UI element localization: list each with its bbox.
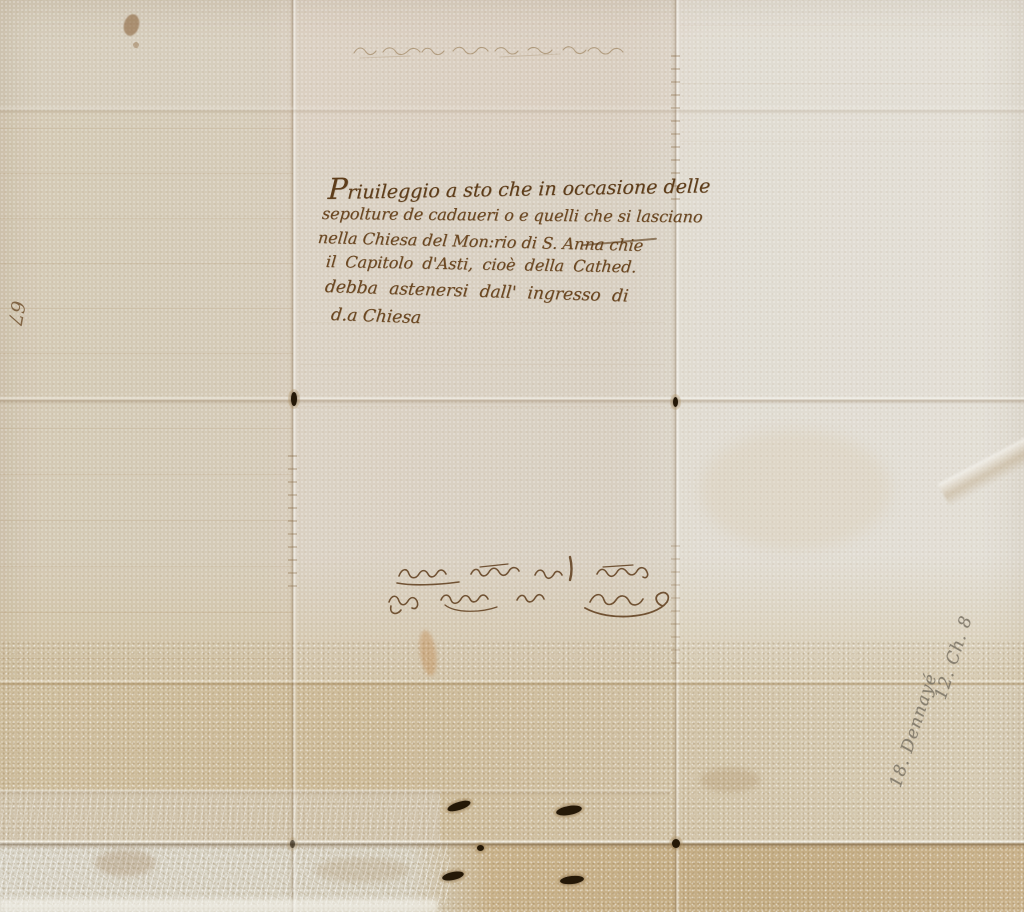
show-through-lines-lower-left (0, 428, 293, 793)
show-through-lines-upper-left (0, 128, 293, 403)
fold-line-horizontal-bottom (0, 839, 1024, 849)
fold-line-horizontal-top (0, 106, 1024, 114)
parchment-photo: Priuileggio a sto che in occasione delle… (0, 0, 1024, 912)
parchment-highlight-top (280, 0, 690, 150)
discoloration (700, 430, 890, 550)
top-annotation-scribble (350, 38, 640, 64)
smudge-stain (95, 850, 155, 876)
smudge-stain (315, 858, 410, 882)
note-line-5: debba astenersi dall' ingresso di (324, 277, 629, 306)
show-through-lines-right (680, 25, 1024, 145)
note-line-4: il Capitolo d'Asti, cioè della Cathed. (325, 252, 637, 276)
fold-hole (673, 397, 678, 407)
inverted-annotation-scribble (385, 550, 675, 630)
fold-hole (291, 392, 297, 406)
crease-stitch-marks (288, 455, 297, 590)
pin-hole (477, 845, 484, 851)
edge-numeral: 67 (3, 299, 29, 327)
ink-stain (133, 42, 139, 48)
note-line-3: nella Chiesa del Mon:rio di S. Anna chie (317, 228, 644, 255)
fold-hole (672, 839, 680, 848)
note-line-6: d.a Chiesa (330, 305, 422, 328)
fold-line-horizontal-lower (0, 679, 1024, 687)
note-line-1: Priuileggio a sto che in occasione delle (327, 165, 711, 206)
ink-stain (121, 12, 141, 37)
note-line-2: sepolture de cadaueri o e quelli che si … (321, 204, 703, 226)
fold-line-horizontal-faint (0, 788, 670, 796)
vein-texture-upper (0, 788, 440, 843)
smudge-stain (700, 768, 760, 792)
fold-hole (290, 840, 295, 848)
edge-highlight (0, 899, 438, 912)
fold-line-horizontal-middle (0, 396, 1024, 404)
